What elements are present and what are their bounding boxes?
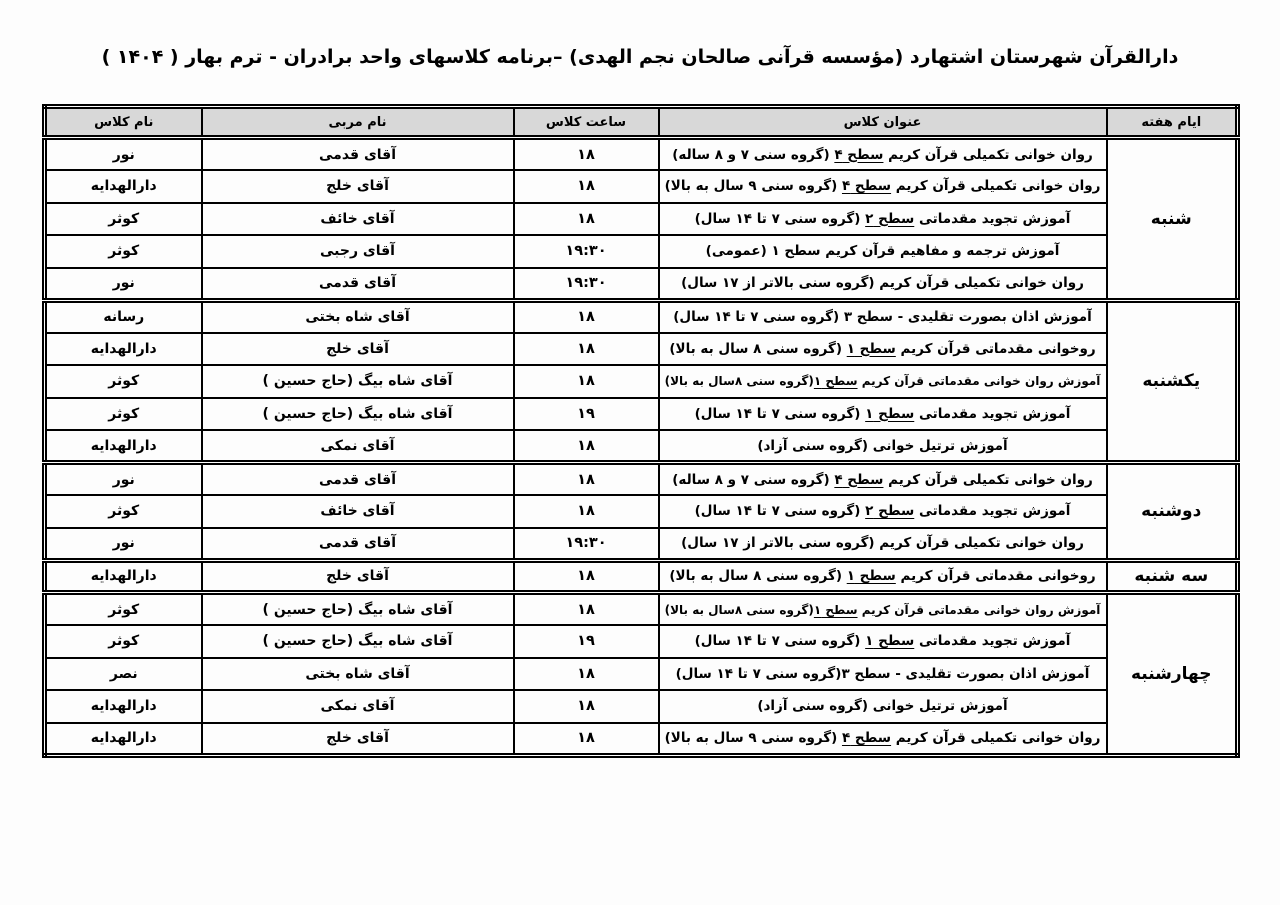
class-title-cell: آموزش ترتیل خوانی (گروه سنی آزاد) xyxy=(659,690,1107,723)
day-cell: شنبه xyxy=(1107,138,1238,301)
schedule-table: ایام هفته عنوان کلاس ساعت کلاس نام مربی … xyxy=(42,104,1240,758)
table-row: روان خوانی تکمیلی قرآن کریم (گروه سنی با… xyxy=(45,268,1238,301)
table-header: ایام هفته عنوان کلاس ساعت کلاس نام مربی … xyxy=(45,107,1238,138)
table-row: دوشنبهروان خوانی تکمیلی قرآن کریم سطح ۴ … xyxy=(45,463,1238,496)
class-name-cell: نصر xyxy=(45,658,202,691)
day-cell: سه شنبه xyxy=(1107,560,1238,593)
class-time-cell: ۱۸ xyxy=(514,658,659,691)
table-row: چهارشنبهآموزش روان خوانی مقدماتی قرآن کر… xyxy=(45,593,1238,626)
table-row: روان خوانی تکمیلی قرآن کریم سطح ۴ (گروه … xyxy=(45,723,1238,756)
class-time-cell: ۱۸ xyxy=(514,203,659,236)
instructor-cell: آقای خائف xyxy=(202,203,514,236)
table-row: آموزش تجوید مقدماتی سطح ۲ (گروه سنی ۷ تا… xyxy=(45,203,1238,236)
class-name-cell: نور xyxy=(45,268,202,301)
class-name-cell: کوثر xyxy=(45,235,202,268)
class-title-cell: آموزش تجوید مقدماتی سطح ۲ (گروه سنی ۷ تا… xyxy=(659,495,1107,528)
class-time-cell: ۱۸ xyxy=(514,365,659,398)
class-name-cell: کوثر xyxy=(45,365,202,398)
class-title-cell: روان خوانی تکمیلی قرآن کریم (گروه سنی با… xyxy=(659,268,1107,301)
class-time-cell: ۱۸ xyxy=(514,560,659,593)
class-time-cell: ۱۹ xyxy=(514,398,659,431)
instructor-cell: آقای خلج xyxy=(202,560,514,593)
class-name-cell: دارالهدایه xyxy=(45,170,202,203)
schedule-table-container: ایام هفته عنوان کلاس ساعت کلاس نام مربی … xyxy=(42,104,1240,758)
day-cell: دوشنبه xyxy=(1107,463,1238,561)
instructor-cell: آقای قدمی xyxy=(202,138,514,171)
class-time-cell: ۱۸ xyxy=(514,463,659,496)
class-time-cell: ۱۹:۳۰ xyxy=(514,528,659,561)
class-title-cell: آموزش تجوید مقدماتی سطح ۲ (گروه سنی ۷ تا… xyxy=(659,203,1107,236)
class-name-cell: نور xyxy=(45,138,202,171)
day-cell: یکشنبه xyxy=(1107,300,1238,463)
class-name-cell: نور xyxy=(45,463,202,496)
class-time-cell: ۱۸ xyxy=(514,593,659,626)
col-header-time: ساعت کلاس xyxy=(514,107,659,138)
class-title-cell: روان خوانی تکمیلی قرآن کریم سطح ۴ (گروه … xyxy=(659,138,1107,171)
instructor-cell: آقای شاه بیگ (حاج حسین ) xyxy=(202,365,514,398)
class-title-cell: آموزش تجوید مقدماتی سطح ۱ (گروه سنی ۷ تا… xyxy=(659,625,1107,658)
class-name-cell: کوثر xyxy=(45,593,202,626)
col-header-title: عنوان کلاس xyxy=(659,107,1107,138)
instructor-cell: آقای قدمی xyxy=(202,463,514,496)
class-title-cell: آموزش تجوید مقدماتی سطح ۱ (گروه سنی ۷ تا… xyxy=(659,398,1107,431)
class-time-cell: ۱۹:۳۰ xyxy=(514,268,659,301)
class-title-cell: روان خوانی تکمیلی قرآن کریم سطح ۴ (گروه … xyxy=(659,463,1107,496)
class-time-cell: ۱۸ xyxy=(514,723,659,756)
table-row: آموزش تجوید مقدماتی سطح ۱ (گروه سنی ۷ تا… xyxy=(45,398,1238,431)
table-row: آموزش اذان بصورت تقلیدی - سطح ۳(گروه سنی… xyxy=(45,658,1238,691)
table-row: یکشنبهآموزش اذان بصورت تقلیدی - سطح ۳ (گ… xyxy=(45,300,1238,333)
day-cell: چهارشنبه xyxy=(1107,593,1238,756)
table-row: آموزش روان خوانی مقدماتی قرآن کریم سطح ۱… xyxy=(45,365,1238,398)
document-page: دارالقرآن شهرستان اشتهارد (مؤسسه قرآنی ص… xyxy=(0,0,1280,905)
instructor-cell: آقای نمکی xyxy=(202,430,514,463)
table-row: روخوانی مقدماتی قرآن کریم سطح ۱ (گروه سن… xyxy=(45,333,1238,366)
col-header-class-name: نام کلاس xyxy=(45,107,202,138)
table-row: آموزش تجوید مقدماتی سطح ۲ (گروه سنی ۷ تا… xyxy=(45,495,1238,528)
class-title-cell: روان خوانی تکمیلی قرآن کریم سطح ۴ (گروه … xyxy=(659,723,1107,756)
instructor-cell: آقای شاه بیگ (حاج حسین ) xyxy=(202,625,514,658)
table-row: شنبهروان خوانی تکمیلی قرآن کریم سطح ۴ (گ… xyxy=(45,138,1238,171)
table-row: روان خوانی تکمیلی قرآن کریم سطح ۴ (گروه … xyxy=(45,170,1238,203)
instructor-cell: آقای شاه بختی xyxy=(202,300,514,333)
table-row: آموزش ترتیل خوانی (گروه سنی آزاد)۱۸آقای … xyxy=(45,690,1238,723)
class-title-cell: روان خوانی تکمیلی قرآن کریم سطح ۴ (گروه … xyxy=(659,170,1107,203)
class-title-cell: روان خوانی تکمیلی قرآن کریم (گروه سنی با… xyxy=(659,528,1107,561)
class-name-cell: کوثر xyxy=(45,203,202,236)
table-row: سه شنبهروخوانی مقدماتی قرآن کریم سطح ۱ (… xyxy=(45,560,1238,593)
class-time-cell: ۱۸ xyxy=(514,138,659,171)
instructor-cell: آقای رجبی xyxy=(202,235,514,268)
class-title-cell: آموزش ترجمه و مفاهیم قرآن کریم سطح ۱ (عم… xyxy=(659,235,1107,268)
class-time-cell: ۱۹ xyxy=(514,625,659,658)
class-name-cell: دارالهدایه xyxy=(45,690,202,723)
instructor-cell: آقای شاه بیگ (حاج حسین ) xyxy=(202,593,514,626)
class-name-cell: دارالهدایه xyxy=(45,560,202,593)
table-row: آموزش تجوید مقدماتی سطح ۱ (گروه سنی ۷ تا… xyxy=(45,625,1238,658)
table-row: آموزش ترتیل خوانی (گروه سنی آزاد)۱۸آقای … xyxy=(45,430,1238,463)
class-title-cell: آموزش روان خوانی مقدماتی قرآن کریم سطح ۱… xyxy=(659,593,1107,626)
class-name-cell: نور xyxy=(45,528,202,561)
schedule-table-body: شنبهروان خوانی تکمیلی قرآن کریم سطح ۴ (گ… xyxy=(45,138,1238,756)
class-name-cell: رسانه xyxy=(45,300,202,333)
class-time-cell: ۱۹:۳۰ xyxy=(514,235,659,268)
class-title-cell: آموزش روان خوانی مقدماتی قرآن کریم سطح ۱… xyxy=(659,365,1107,398)
instructor-cell: آقای خائف xyxy=(202,495,514,528)
class-title-cell: روخوانی مقدماتی قرآن کریم سطح ۱ (گروه سن… xyxy=(659,333,1107,366)
class-name-cell: دارالهدایه xyxy=(45,723,202,756)
instructor-cell: آقای قدمی xyxy=(202,268,514,301)
table-row: آموزش ترجمه و مفاهیم قرآن کریم سطح ۱ (عم… xyxy=(45,235,1238,268)
instructor-cell: آقای شاه بختی xyxy=(202,658,514,691)
instructor-cell: آقای نمکی xyxy=(202,690,514,723)
instructor-cell: آقای خلج xyxy=(202,723,514,756)
class-name-cell: کوثر xyxy=(45,625,202,658)
instructor-cell: آقای شاه بیگ (حاج حسین ) xyxy=(202,398,514,431)
class-time-cell: ۱۸ xyxy=(514,495,659,528)
class-title-cell: آموزش اذان بصورت تقلیدی - سطح ۳(گروه سنی… xyxy=(659,658,1107,691)
class-name-cell: دارالهدایه xyxy=(45,333,202,366)
class-name-cell: دارالهدایه xyxy=(45,430,202,463)
class-time-cell: ۱۸ xyxy=(514,170,659,203)
col-header-day: ایام هفته xyxy=(1107,107,1238,138)
instructor-cell: آقای قدمی xyxy=(202,528,514,561)
class-time-cell: ۱۸ xyxy=(514,430,659,463)
instructor-cell: آقای خلج xyxy=(202,170,514,203)
header-row: ایام هفته عنوان کلاس ساعت کلاس نام مربی … xyxy=(45,107,1238,138)
instructor-cell: آقای خلج xyxy=(202,333,514,366)
col-header-instructor: نام مربی xyxy=(202,107,514,138)
class-title-cell: آموزش اذان بصورت تقلیدی - سطح ۳ (گروه سن… xyxy=(659,300,1107,333)
class-time-cell: ۱۸ xyxy=(514,690,659,723)
class-name-cell: کوثر xyxy=(45,398,202,431)
class-name-cell: کوثر xyxy=(45,495,202,528)
class-time-cell: ۱۸ xyxy=(514,300,659,333)
class-time-cell: ۱۸ xyxy=(514,333,659,366)
page-title: دارالقرآن شهرستان اشتهارد (مؤسسه قرآنی ص… xyxy=(0,46,1280,68)
class-title-cell: آموزش ترتیل خوانی (گروه سنی آزاد) xyxy=(659,430,1107,463)
class-title-cell: روخوانی مقدماتی قرآن کریم سطح ۱ (گروه سن… xyxy=(659,560,1107,593)
table-row: روان خوانی تکمیلی قرآن کریم (گروه سنی با… xyxy=(45,528,1238,561)
